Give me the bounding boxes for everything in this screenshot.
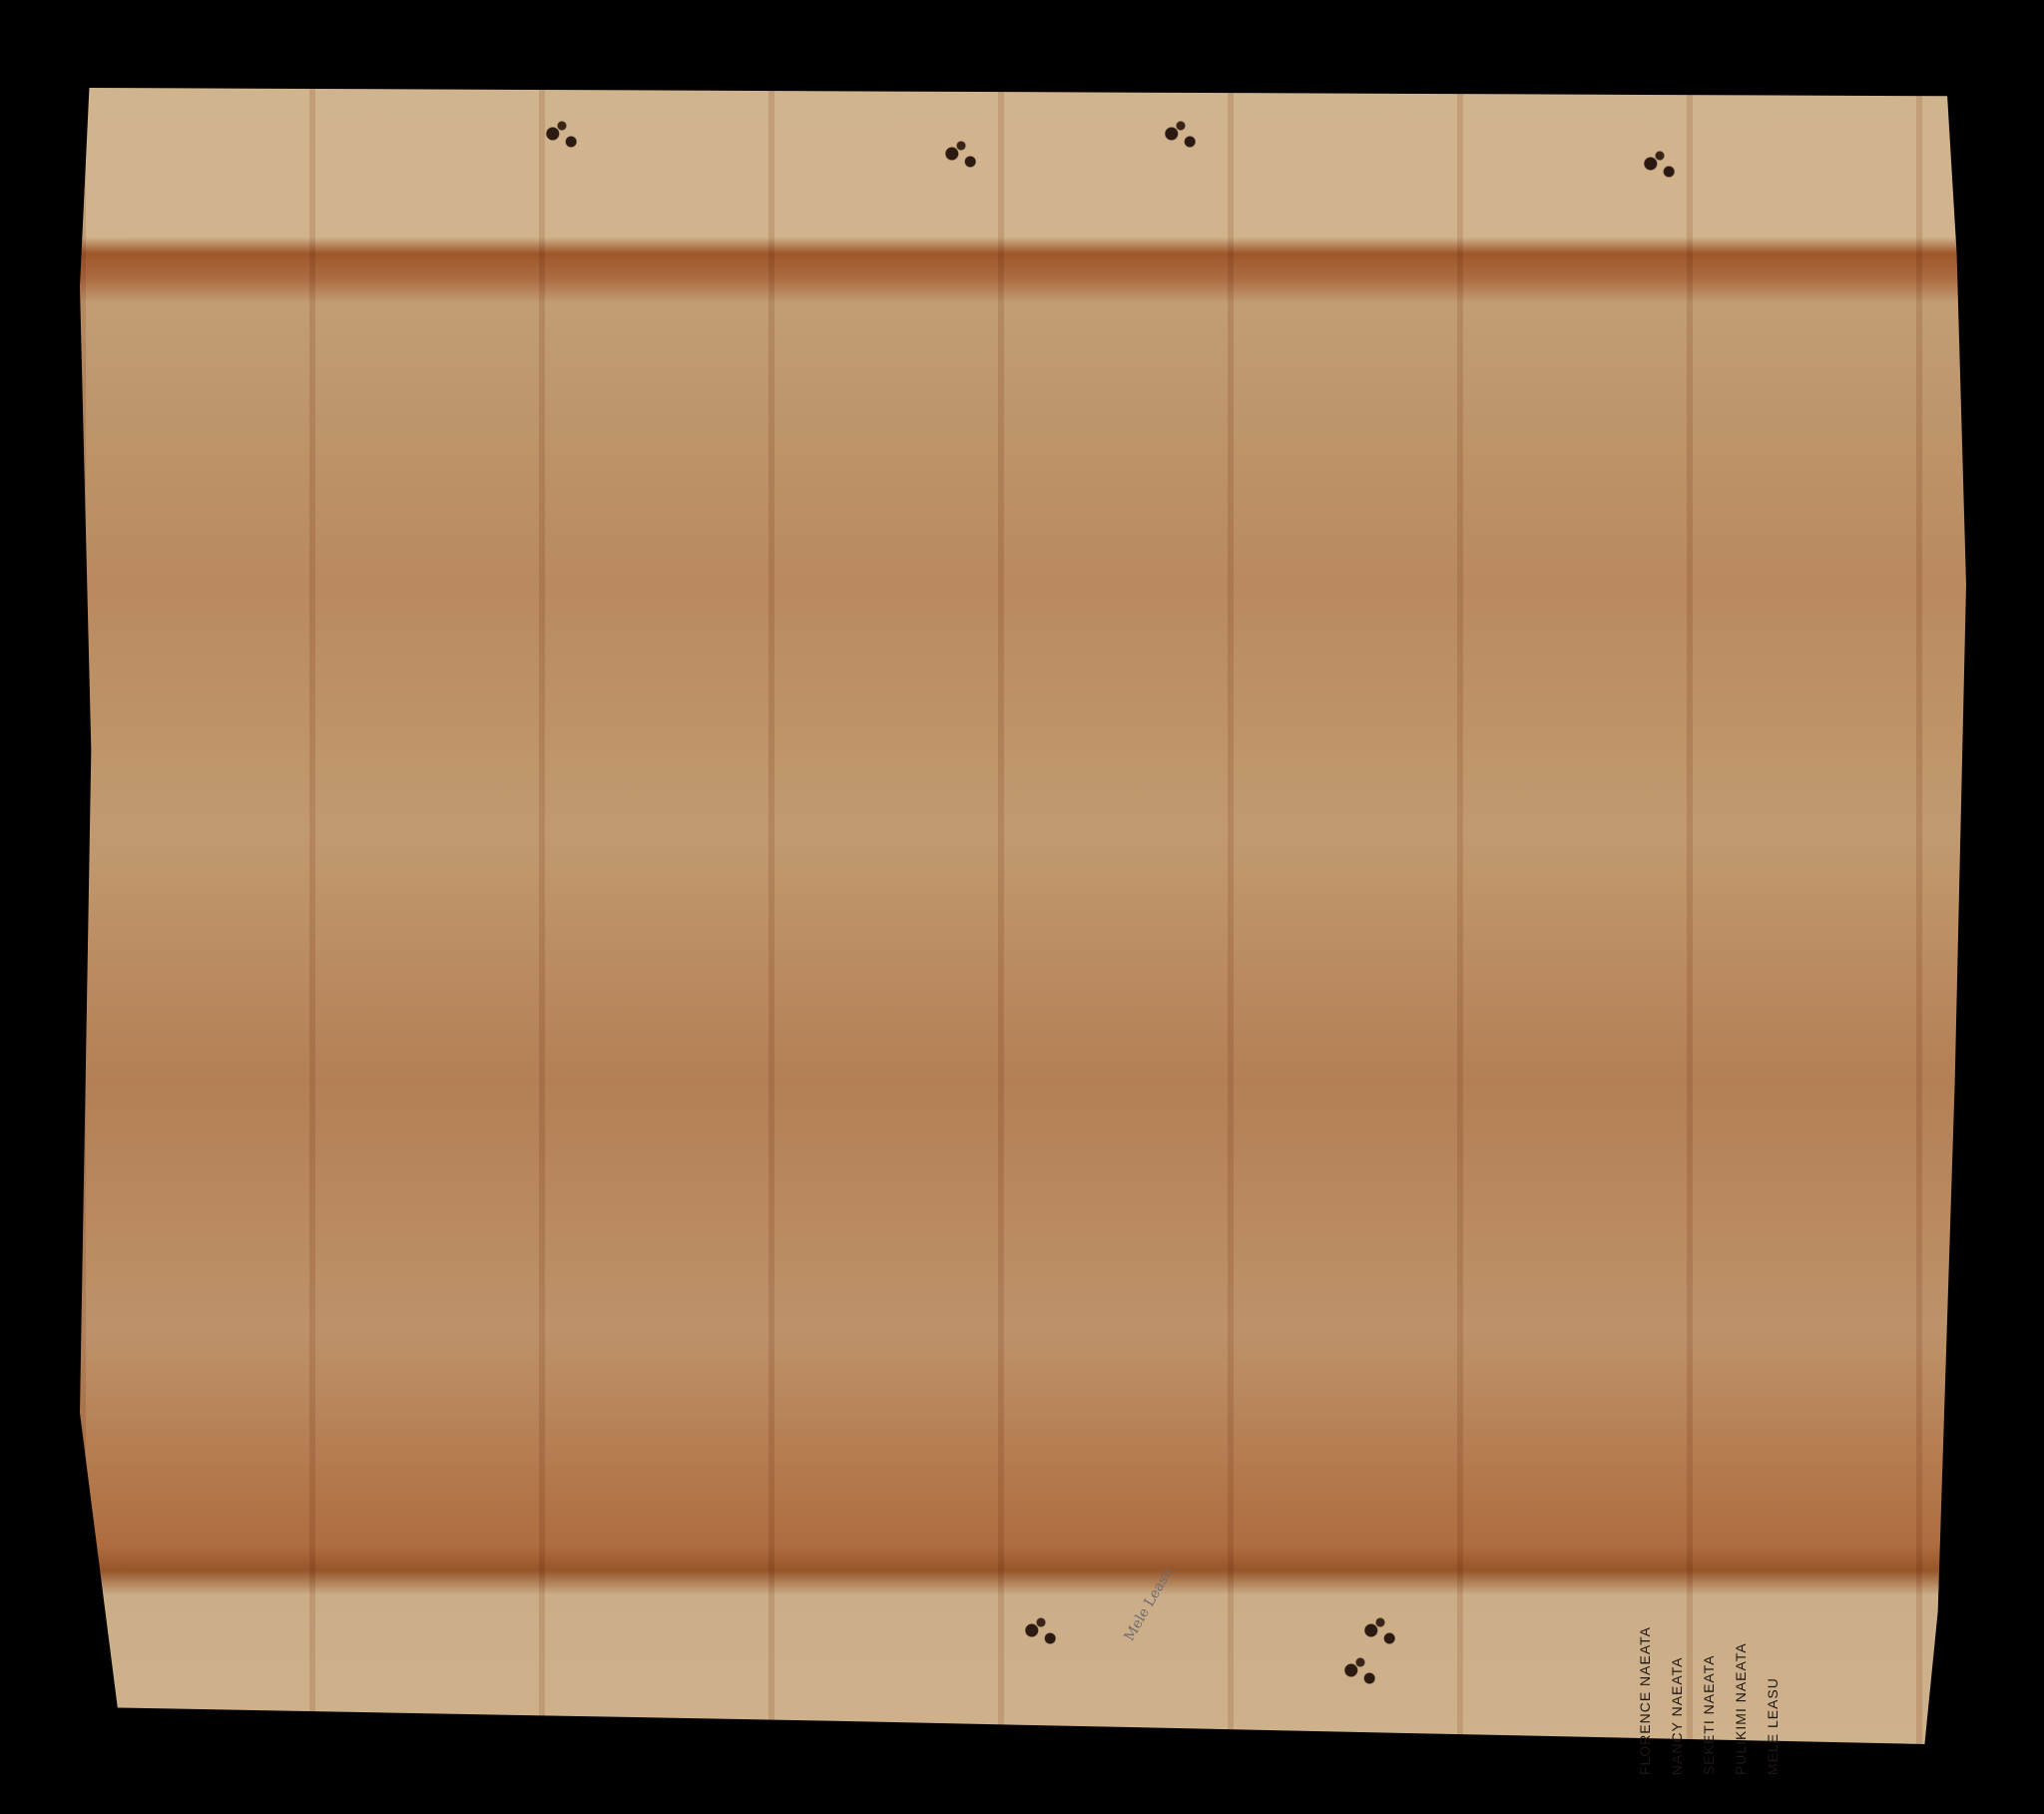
name-2: NANCY NAEATA [1669,1626,1685,1775]
name-3: SEKETI NAEATA [1701,1626,1717,1775]
stamp-mark [539,118,585,158]
name-4: PULIKIMI NAEATA [1733,1626,1749,1775]
stamp-mark [1337,1654,1383,1694]
stamp-mark [1018,1614,1064,1654]
stamp-mark [1357,1614,1403,1654]
stamp-mark [1637,148,1683,188]
stamp-mark [938,138,984,178]
name-1: FLORENCE NAEATA [1637,1626,1653,1775]
handwritten-names: FLORENCE NAEATA NANCY NAEATA SEKETI NAEA… [1637,1626,1781,1775]
name-5: MELE LEASU [1765,1626,1781,1775]
tapa-cloth [80,88,1966,1744]
stamp-mark [1158,118,1204,158]
